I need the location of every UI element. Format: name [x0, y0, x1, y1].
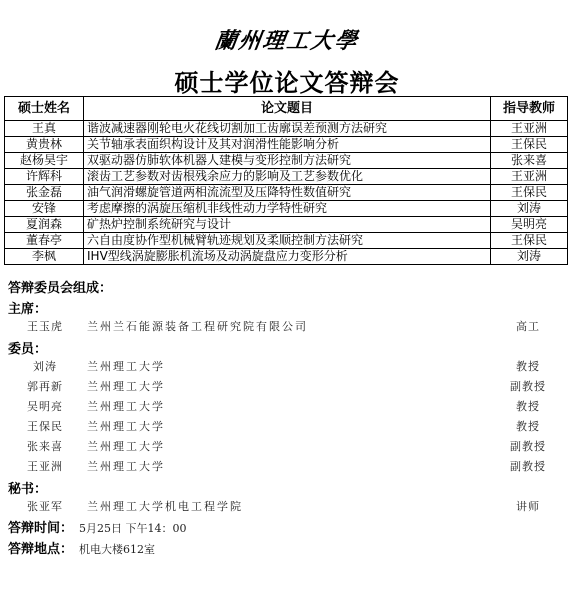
- member-rank: 讲师: [500, 498, 556, 514]
- committee-member-row: 张来喜 兰州理工大学 副教授: [0, 438, 574, 454]
- thesis-title: 双驱动器仿肺软体机器人建模与变形控制方法研究: [84, 153, 491, 169]
- member-name: 张来喜: [22, 438, 68, 454]
- thesis-table: 硕士姓名 论文题目 指导教师 王真谐波减速器刚轮电火花线切割加工齿廓误差预测方法…: [4, 96, 568, 265]
- member-org: 兰州理工大学: [87, 438, 165, 454]
- member-org: 兰州兰石能源装备工程研究院有限公司: [87, 318, 308, 334]
- student-name: 安锋: [5, 201, 84, 217]
- member-rank: 副教授: [500, 458, 556, 474]
- advisor-name: 王亚洲: [491, 121, 568, 137]
- header-thesis: 论文题目: [84, 97, 491, 121]
- member-name: 吴明亮: [22, 398, 68, 414]
- secretary-label: 秘书：: [8, 478, 47, 497]
- defense-place-label: 答辩地点：: [8, 542, 73, 557]
- defense-place-value: 机电大楼612室: [79, 543, 155, 556]
- committee-member-row: 刘涛 兰州理工大学 教授: [0, 358, 574, 374]
- student-name: 许辉科: [5, 169, 84, 185]
- table-row: 王真谐波减速器刚轮电火花线切割加工齿廓误差预测方法研究王亚洲: [5, 121, 568, 137]
- committee-member-row: 吴明亮 兰州理工大学 教授: [0, 398, 574, 414]
- member-name: 张亚军: [22, 498, 68, 514]
- member-rank: 教授: [500, 358, 556, 374]
- student-name: 李枫: [5, 249, 84, 265]
- member-name: 王亚洲: [22, 458, 68, 474]
- committee-member-row: 郭再新 兰州理工大学 副教授: [0, 378, 574, 394]
- member-name: 郭再新: [22, 378, 68, 394]
- table-row: 许辉科滚齿工艺参数对齿根残余应力的影响及工艺参数优化王亚洲: [5, 169, 568, 185]
- advisor-name: 王保民: [491, 185, 568, 201]
- member-name: 王保民: [22, 418, 68, 434]
- defense-place: 答辩地点：机电大楼612室: [8, 538, 155, 557]
- member-org: 兰州理工大学: [87, 398, 165, 414]
- student-name: 董春亭: [5, 233, 84, 249]
- member-name: 刘涛: [22, 358, 68, 374]
- table-row: 夏润森矿热炉控制系统研究与设计吴明亮: [5, 217, 568, 233]
- page-title: 硕士学位论文答辩会: [0, 63, 574, 98]
- members-label: 委员：: [8, 338, 47, 357]
- table-row: 安锋考虑摩擦的涡旋压缩机非线性动力学特性研究刘涛: [5, 201, 568, 217]
- member-rank: 副教授: [500, 378, 556, 394]
- member-org: 兰州理工大学: [87, 378, 165, 394]
- committee-member-row: 王保民 兰州理工大学 教授: [0, 418, 574, 434]
- advisor-name: 王保民: [491, 233, 568, 249]
- student-name: 赵杨昊宇: [5, 153, 84, 169]
- thesis-title: 谐波减速器刚轮电火花线切割加工齿廓误差预测方法研究: [84, 121, 491, 137]
- committee-member-row: 王玉虎 兰州兰石能源装备工程研究院有限公司 高工: [0, 318, 574, 334]
- table-row: 赵杨昊宇双驱动器仿肺软体机器人建模与变形控制方法研究张来喜: [5, 153, 568, 169]
- header-student: 硕士姓名: [5, 97, 84, 121]
- advisor-name: 王亚洲: [491, 169, 568, 185]
- member-rank: 教授: [500, 418, 556, 434]
- student-name: 黄贵林: [5, 137, 84, 153]
- thesis-title: 矿热炉控制系统研究与设计: [84, 217, 491, 233]
- thesis-title: 考虑摩擦的涡旋压缩机非线性动力学特性研究: [84, 201, 491, 217]
- member-org: 兰州理工大学: [87, 418, 165, 434]
- student-name: 夏润森: [5, 217, 84, 233]
- member-rank: 副教授: [500, 438, 556, 454]
- committee-member-row: 张亚军 兰州理工大学机电工程学院 讲师: [0, 498, 574, 514]
- member-org: 兰州理工大学: [87, 358, 165, 374]
- advisor-name: 刘涛: [491, 249, 568, 265]
- thesis-title: 六自由度协作型机械臂轨迹规划及柔顺控制方法研究: [84, 233, 491, 249]
- thesis-title: IHV型线涡旋膨胀机流场及动涡旋盘应力变形分析: [84, 249, 491, 265]
- university-logo: 蘭州理工大學: [0, 24, 574, 55]
- student-name: 张金磊: [5, 185, 84, 201]
- table-row: 董春亭六自由度协作型机械臂轨迹规划及柔顺控制方法研究王保民: [5, 233, 568, 249]
- chair-label: 主席：: [8, 298, 47, 317]
- advisor-name: 吴明亮: [491, 217, 568, 233]
- header-advisor: 指导教师: [491, 97, 568, 121]
- thesis-title: 滚齿工艺参数对齿根残余应力的影响及工艺参数优化: [84, 169, 491, 185]
- table-row: 黄贵林关节轴承表面织构设计及其对润滑性能影响分析王保民: [5, 137, 568, 153]
- thesis-title: 关节轴承表面织构设计及其对润滑性能影响分析: [84, 137, 491, 153]
- table-header-row: 硕士姓名 论文题目 指导教师: [5, 97, 568, 121]
- student-name: 王真: [5, 121, 84, 137]
- member-name: 王玉虎: [22, 318, 68, 334]
- member-org: 兰州理工大学: [87, 458, 165, 474]
- advisor-name: 张来喜: [491, 153, 568, 169]
- defense-time: 答辩时间：5月25日 下午14：00: [8, 517, 187, 536]
- advisor-name: 王保民: [491, 137, 568, 153]
- thesis-title: 油气润滑螺旋管道两相流流型及压降特性数值研究: [84, 185, 491, 201]
- member-org: 兰州理工大学机电工程学院: [87, 498, 243, 514]
- committee-heading: 答辩委员会组成：: [8, 277, 112, 296]
- defense-time-label: 答辩时间：: [8, 521, 73, 536]
- committee-member-row: 王亚洲 兰州理工大学 副教授: [0, 458, 574, 474]
- member-rank: 教授: [500, 398, 556, 414]
- advisor-name: 刘涛: [491, 201, 568, 217]
- table-row: 张金磊油气润滑螺旋管道两相流流型及压降特性数值研究王保民: [5, 185, 568, 201]
- defense-time-value: 5月25日 下午14：00: [79, 522, 187, 535]
- table-row: 李枫IHV型线涡旋膨胀机流场及动涡旋盘应力变形分析刘涛: [5, 249, 568, 265]
- member-rank: 高工: [500, 318, 556, 334]
